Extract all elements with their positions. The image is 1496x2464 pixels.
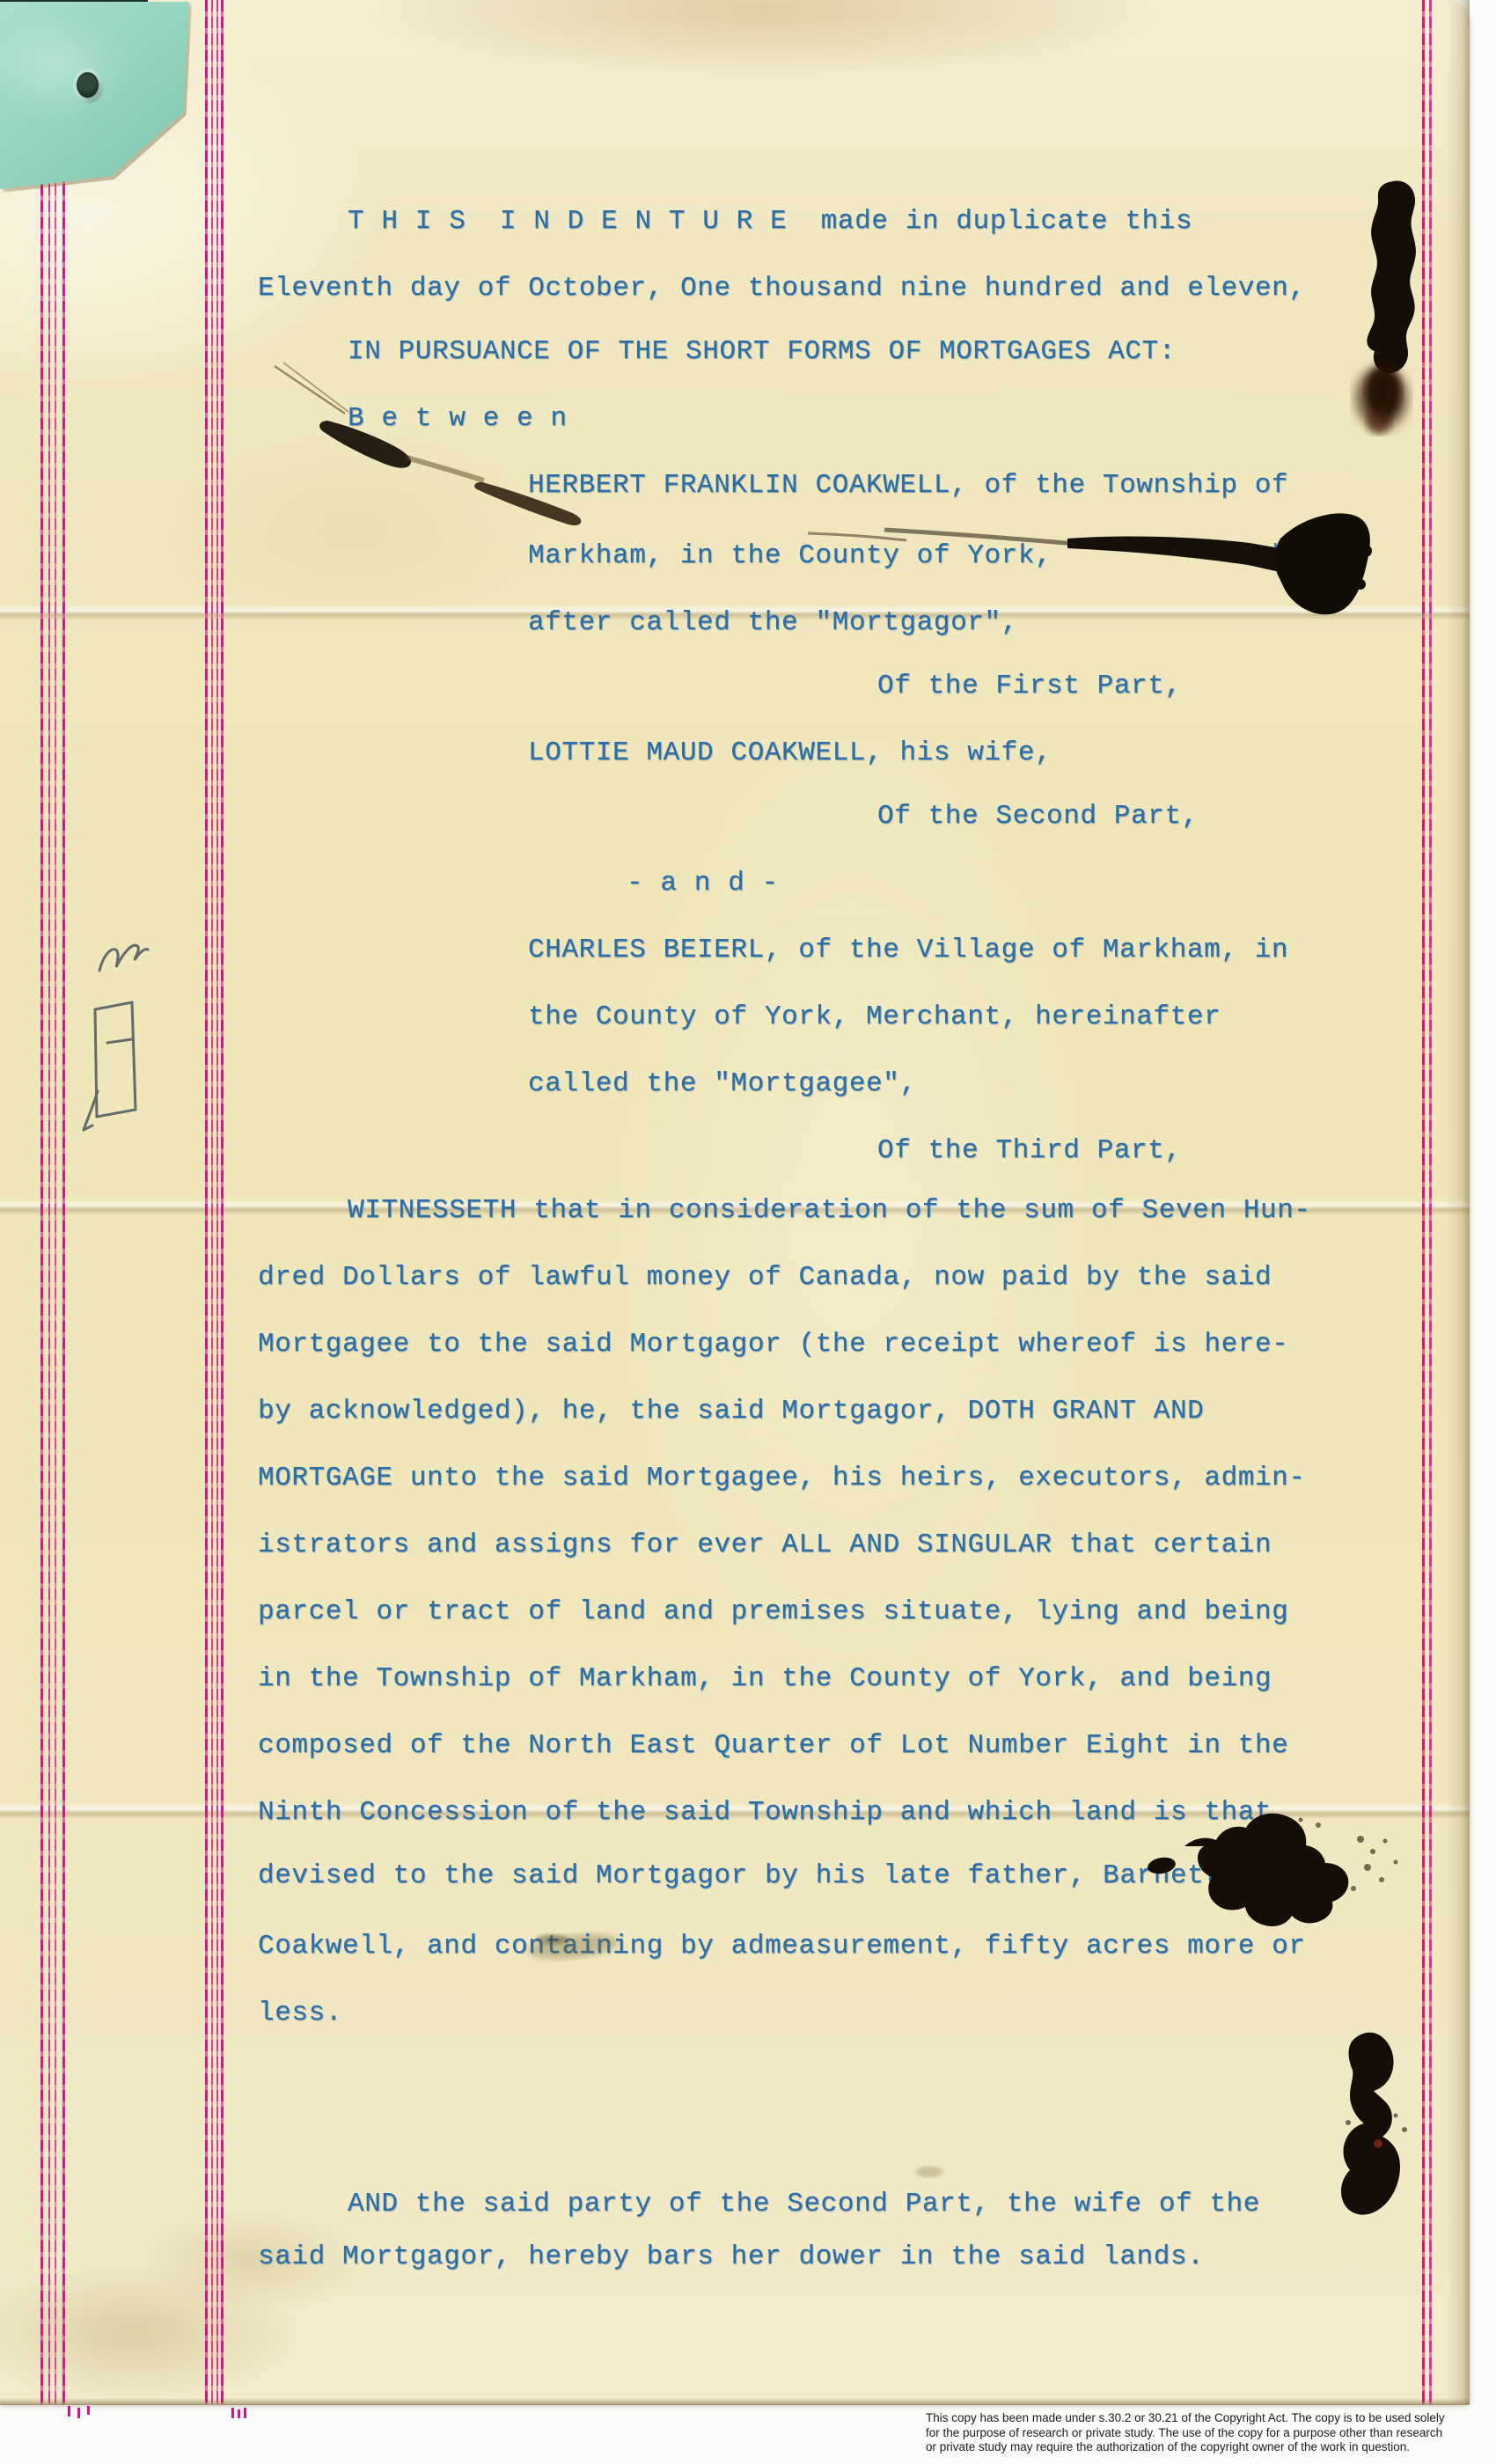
document-line: Eleventh day of October, One thousand ni…	[258, 274, 1306, 304]
copyright-line: or private study may require the authori…	[926, 2440, 1496, 2455]
paper-edge-shadow-bottom	[0, 2398, 1470, 2405]
scanned-document-page: T H I S I N D E N T U R E made in duplic…	[0, 0, 1496, 2464]
smudge-marks	[527, 1931, 943, 2177]
document-line: WITNESSETH that in consideration of the …	[348, 1196, 1311, 1226]
document-line: dred Dollars of lawful money of Canada, …	[258, 1263, 1272, 1293]
ink-streak-diagonal	[275, 363, 581, 525]
document-line: Of the Third Part,	[877, 1136, 1182, 1166]
document-line: AND the said party of the Second Part, t…	[348, 2189, 1260, 2219]
corner-fastener-patch	[0, 2, 189, 189]
document-line: Ninth Concession of the said Township an…	[258, 1798, 1272, 1828]
document-line: less.	[258, 1998, 342, 2028]
document-line: by acknowledged), he, the said Mortgagor…	[258, 1397, 1204, 1426]
document-line: IN PURSUANCE OF THE SHORT FORMS OF MORTG…	[348, 337, 1176, 367]
document-line: Markham, in the County of York,	[528, 541, 1052, 571]
document-line: MORTGAGE unto the said Mortgagee, his he…	[258, 1463, 1306, 1493]
document-line: parcel or tract of land and premises sit…	[258, 1597, 1288, 1627]
document-line: Of the First Part,	[877, 671, 1182, 701]
document-line: Coakwell, and containing by admeasuremen…	[258, 1932, 1306, 1962]
document-line: after called the "Mortgagor",	[528, 608, 1018, 638]
document-line: CHARLES BEIERL, of the Village of Markha…	[528, 935, 1288, 965]
document-line: T H I S I N D E N T U R E made in duplic…	[348, 207, 1192, 237]
copyright-notice: This copy has been made under s.30.2 or …	[926, 2411, 1496, 2455]
document-line: Mortgagee to the said Mortgagor (the rec…	[258, 1330, 1288, 1360]
document-line: istrators and assigns for ever ALL AND S…	[258, 1530, 1272, 1560]
ink-blot-top-right	[1355, 181, 1416, 434]
document-line: said Mortgagor, hereby bars her dower in…	[258, 2242, 1204, 2272]
copyright-line: This copy has been made under s.30.2 or …	[926, 2411, 1496, 2426]
document-line: - a n d -	[627, 869, 779, 898]
document-line: Of the Second Part,	[877, 802, 1199, 832]
document-line: devised to the said Mortgagor by his lat…	[258, 1861, 1221, 1891]
crossed-out-text-fragment: rei	[1271, 536, 1322, 566]
pencil-annotations	[84, 945, 148, 1130]
document-line: in the Township of Markham, in the Count…	[258, 1664, 1272, 1694]
document-line: B e t w e e n	[348, 404, 568, 434]
document-line: the County of York, Merchant, hereinafte…	[528, 1002, 1221, 1032]
document-line: composed of the North East Quarter of Lo…	[258, 1731, 1288, 1761]
fastener-hole	[77, 72, 99, 98]
document-paper: T H I S I N D E N T U R E made in duplic…	[0, 0, 1470, 2404]
document-line: LOTTIE MAUD COAKWELL, his wife,	[528, 738, 1052, 768]
ink-blot-lower-right	[1341, 2033, 1407, 2215]
document-line: called the "Mortgagee",	[528, 1069, 917, 1099]
paper-edge-shadow-right	[1447, 0, 1470, 2404]
document-line: HERBERT FRANKLIN COAKWELL, of the Townsh…	[528, 471, 1288, 501]
copyright-line: for the purpose of research or private s…	[926, 2426, 1496, 2441]
